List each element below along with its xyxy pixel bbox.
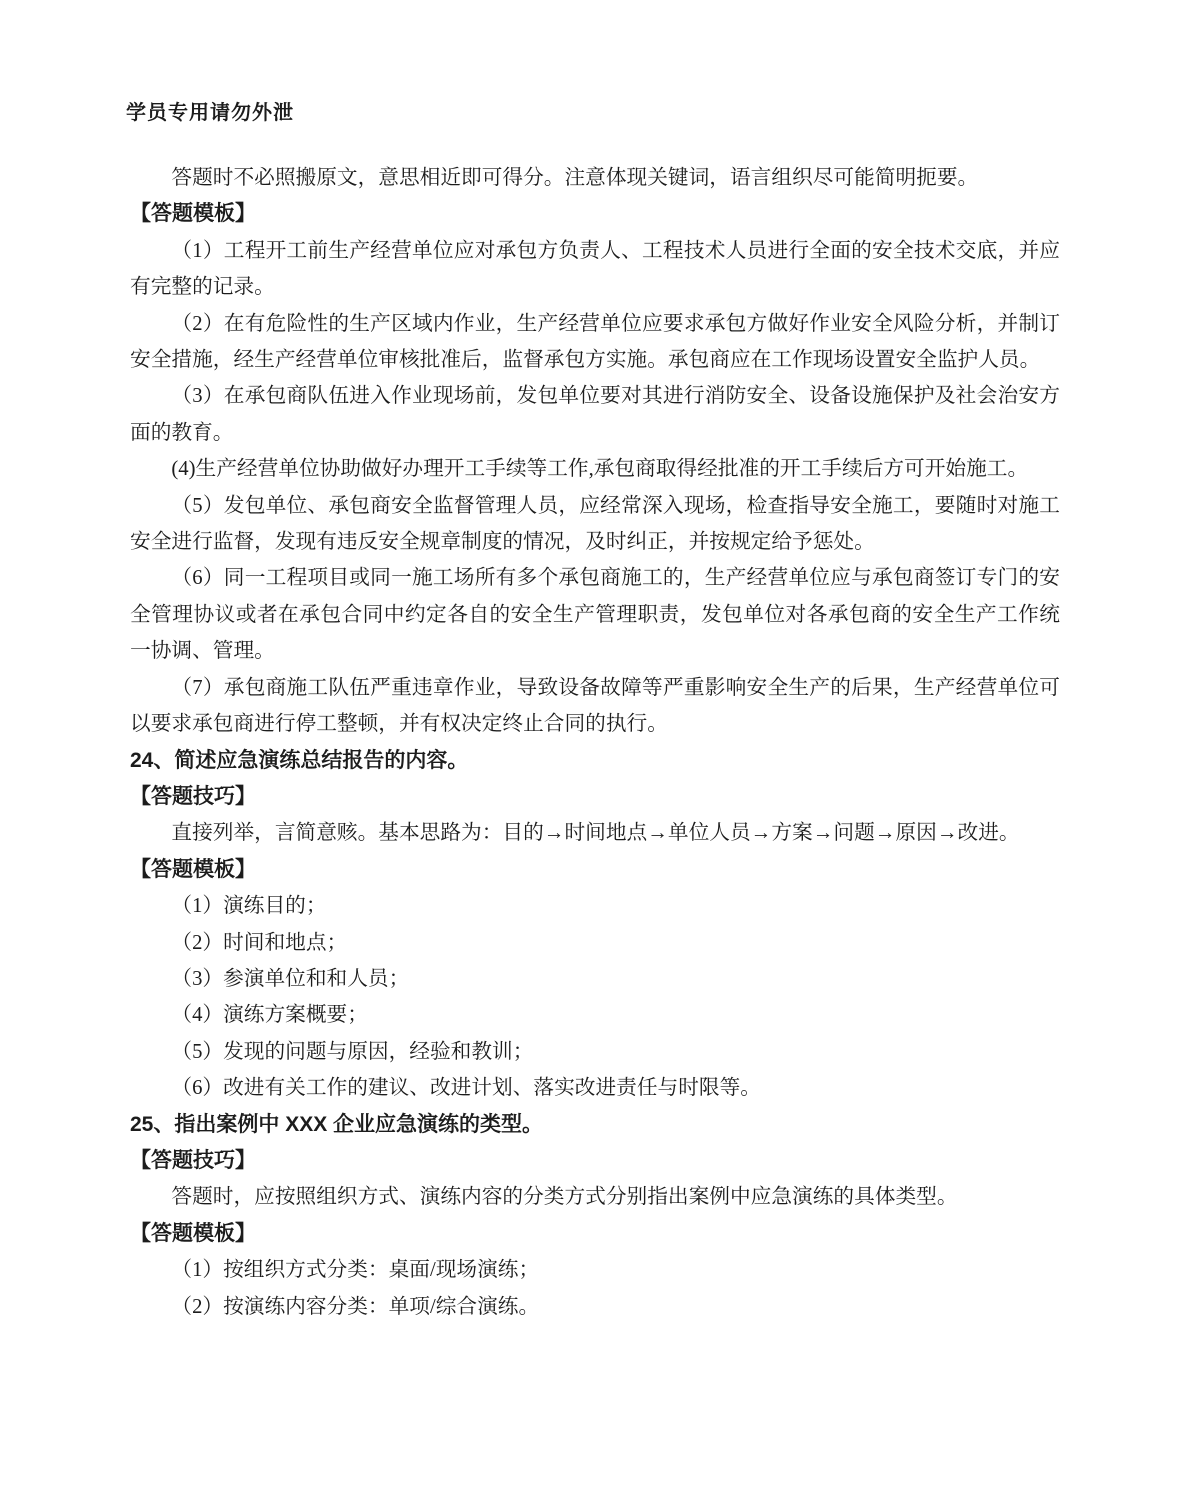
q23-item-4: (4)生产经营单位协助做好办理开工手续等工作,承包商取得经批准的开工手续后方可开…: [130, 451, 1060, 487]
q24-technique-heading: 【答题技巧】: [130, 779, 1060, 815]
q24-item-1: （1）演练目的；: [130, 888, 1060, 924]
q23-item-5: （5）发包单位、承包商安全监督管理人员，应经常深入现场，检查指导安全施工，要随时…: [130, 488, 1060, 561]
q24-item-2: （2）时间和地点；: [130, 925, 1060, 961]
q25-technique-paragraph: 答题时，应按照组织方式、演练内容的分类方式分别指出案例中应急演练的具体类型。: [130, 1179, 1060, 1215]
q23-item-1: （1）工程开工前生产经营单位应对承包方负责人、工程技术人员进行全面的安全技术交底…: [130, 233, 1060, 306]
q24-item-5: （5）发现的问题与原因，经验和教训；: [130, 1034, 1060, 1070]
q24-title: 24、简述应急演练总结报告的内容。: [130, 743, 1060, 779]
confidential-header: 学员专用请勿外泄: [126, 96, 294, 125]
q24-template-heading: 【答题模板】: [130, 852, 1060, 888]
intro-paragraph: 答题时不必照搬原文，意思相近即可得分。注意体现关键词，语言组织尽可能简明扼要。: [130, 160, 1060, 196]
q24-item-4: （4）演练方案概要；: [130, 997, 1060, 1033]
q25-technique-heading: 【答题技巧】: [130, 1143, 1060, 1179]
q24-item-6: （6）改进有关工作的建议、改进计划、落实改进责任与时限等。: [130, 1070, 1060, 1106]
q23-item-6: （6）同一工程项目或同一施工场所有多个承包商施工的，生产经营单位应与承包商签订专…: [130, 560, 1060, 669]
q25-item-1: （1）按组织方式分类：桌面/现场演练；: [130, 1252, 1060, 1288]
document-page: 学员专用请勿外泄 答题时不必照搬原文，意思相近即可得分。注意体现关键词，语言组织…: [0, 0, 1200, 1510]
q23-template-heading: 【答题模板】: [130, 196, 1060, 232]
q25-title: 25、指出案例中 XXX 企业应急演练的类型。: [130, 1107, 1060, 1143]
q23-item-2: （2）在有危险性的生产区域内作业，生产经营单位应要求承包方做好作业安全风险分析，…: [130, 306, 1060, 379]
q24-item-3: （3）参演单位和和人员；: [130, 961, 1060, 997]
q23-item-3: （3）在承包商队伍进入作业现场前，发包单位要对其进行消防安全、设备设施保护及社会…: [130, 378, 1060, 451]
q24-technique-paragraph: 直接列举，言简意赅。基本思路为：目的→时间地点→单位人员→方案→问题→原因→改进…: [130, 815, 1060, 851]
q23-item-7: （7）承包商施工队伍严重违章作业，导致设备故障等严重影响安全生产的后果，生产经营…: [130, 670, 1060, 743]
document-content: 答题时不必照搬原文，意思相近即可得分。注意体现关键词，语言组织尽可能简明扼要。 …: [130, 160, 1060, 1325]
q25-template-heading: 【答题模板】: [130, 1216, 1060, 1252]
q25-item-2: （2）按演练内容分类：单项/综合演练。: [130, 1289, 1060, 1325]
